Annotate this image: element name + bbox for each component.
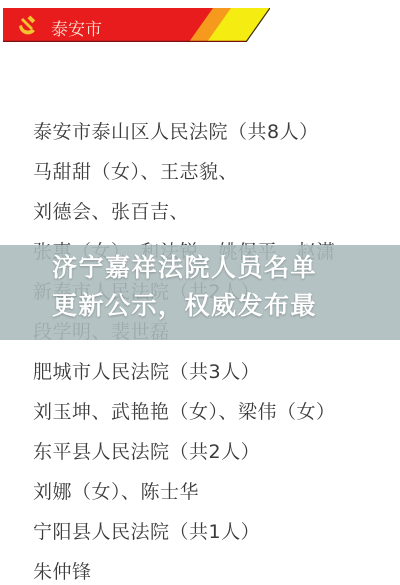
personnel-names: 刘娜（女）、陈士华: [33, 472, 400, 512]
headline-line-1: 济宁嘉祥法院人员名单: [52, 249, 392, 287]
banner-background: [3, 8, 270, 42]
court-personnel-list: 泰安市泰山区人民法院（共8人） 马甜甜（女）、王志貌、 刘德会、张百吉、 张惠（…: [33, 112, 400, 585]
court-heading: 肥城市人民法院（共3人）: [33, 352, 400, 392]
party-emblem-icon: [13, 12, 41, 40]
court-heading: 宁阳县人民法院（共1人）: [33, 512, 400, 552]
personnel-names: 刘玉坤、武艳艳（女）、梁伟（女）: [33, 392, 400, 432]
headline-line-2: 更新公示，权威发布最: [52, 287, 392, 325]
personnel-names: 马甜甜（女）、王志貌、: [33, 152, 400, 192]
headline-overlay: 济宁嘉祥法院人员名单 更新公示，权威发布最: [0, 245, 400, 340]
court-heading: 泰安市泰山区人民法院（共8人）: [33, 112, 400, 152]
header-banner: 泰安市: [3, 8, 270, 42]
personnel-names: 刘德会、张百吉、: [33, 192, 400, 232]
court-heading: 东平县人民法院（共2人）: [33, 432, 400, 472]
personnel-names: 朱仲锋: [33, 552, 400, 585]
headline-title: 济宁嘉祥法院人员名单 更新公示，权威发布最: [52, 249, 392, 325]
banner-title: 泰安市: [51, 15, 102, 40]
